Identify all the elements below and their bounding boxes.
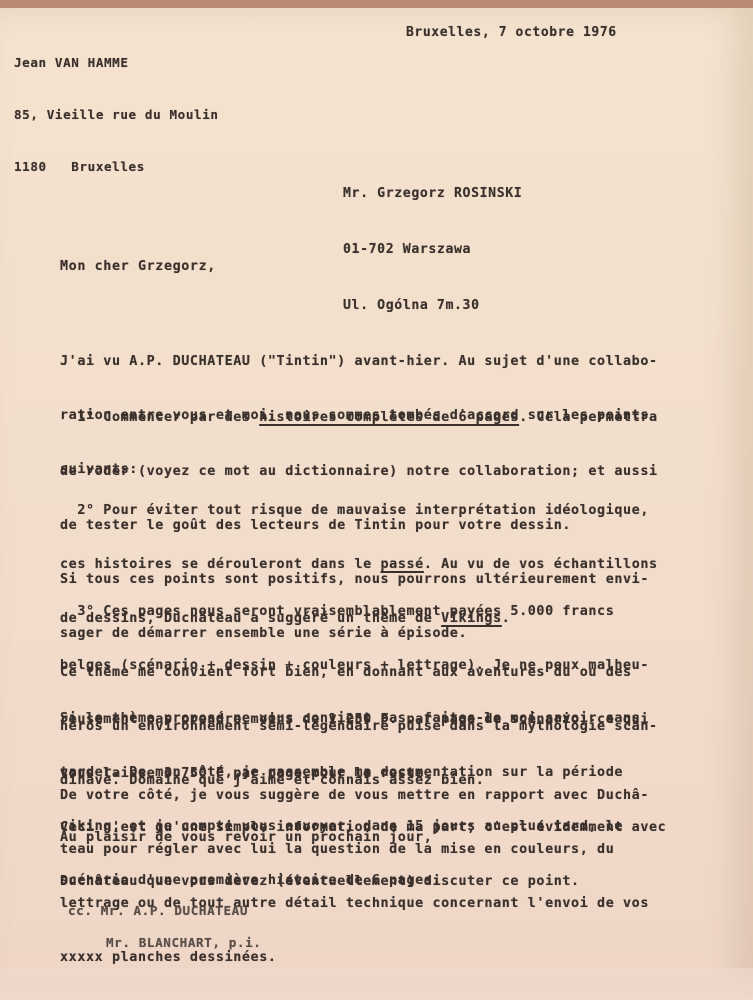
cc-line-2: Mr. BLANCHART, p.i. bbox=[106, 934, 261, 952]
sender-city: 1180 Bruxelles bbox=[14, 158, 219, 176]
text-line: belges (scénario + dessin + couleurs + l… bbox=[60, 657, 666, 675]
recipient-address: Mr. Grzegorz ROSINSKI 01-702 Warszawa Ul… bbox=[343, 146, 522, 333]
text-line: De votre côté, je vous suggère de vous m… bbox=[60, 787, 649, 805]
text-line: J'ai vu A.P. DUCHATEAU ("Tintin") avant-… bbox=[60, 353, 658, 371]
text-line: 2° Pour éviter tout risque de mauvaise i… bbox=[60, 502, 658, 520]
closing-line: Au plaisir de vous revoir un prochain jo… bbox=[60, 829, 432, 847]
underlined-text: histoires complètes de 6 pages bbox=[259, 410, 519, 425]
text-line: 1° Commencer par des histoires complètes… bbox=[60, 409, 658, 427]
sender-street: 85, Vieille rue du Moulin bbox=[14, 106, 219, 124]
recipient-street: Ul. Ogólna 7m.30 bbox=[343, 296, 522, 314]
sender-address: Jean VAN HAMME 85, Vieille rue du Moulin… bbox=[14, 20, 219, 193]
sender-name: Jean VAN HAMME bbox=[14, 54, 219, 72]
recipient-postal: 01-702 Warszawa bbox=[343, 240, 522, 258]
text-line: Si le thème proposé ne vous convient pas… bbox=[60, 710, 640, 728]
salutation: Mon cher Grzegorz, bbox=[60, 258, 216, 276]
date-line: Bruxelles, 7 octobre 1976 bbox=[406, 24, 617, 42]
recipient-name: Mr. Grzegorz ROSINSKI bbox=[343, 184, 522, 202]
cc-line-1: cc. Mr. A.P. DUCHATEAU bbox=[68, 902, 248, 920]
text-line: 3° Ces pages nous seront vraisemblableme… bbox=[60, 603, 666, 621]
